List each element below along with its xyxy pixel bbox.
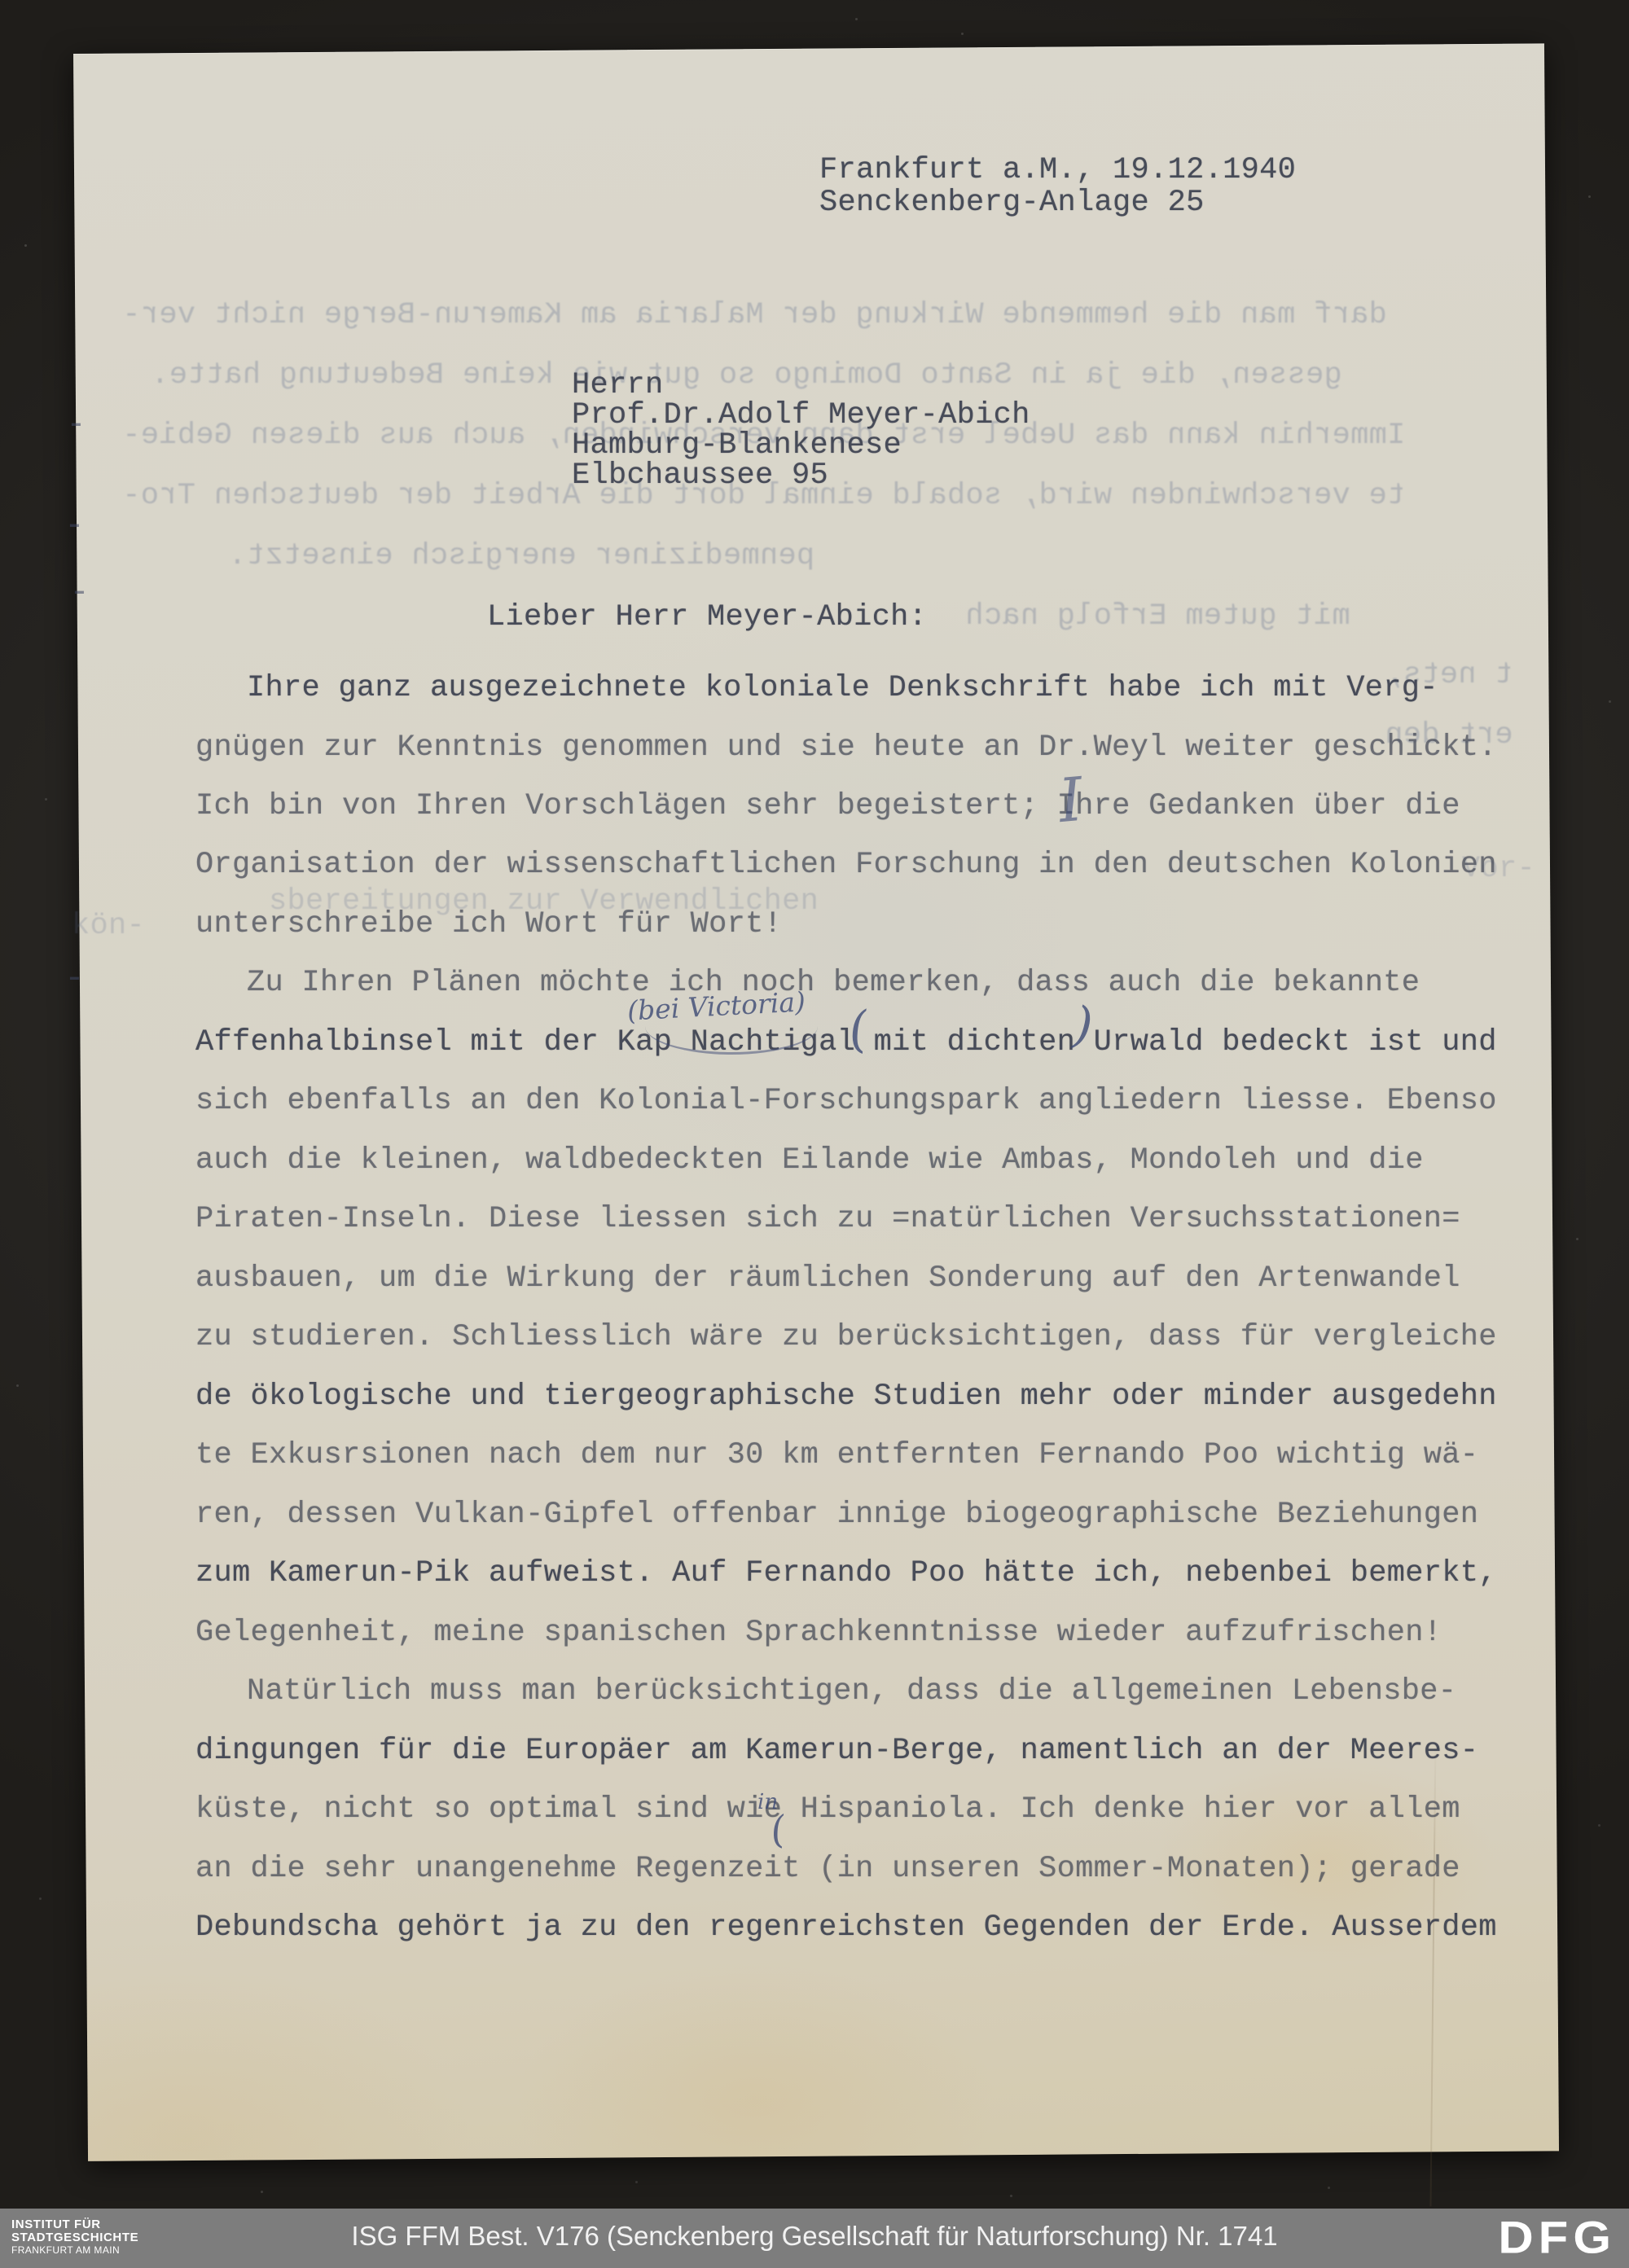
scan-background: darf man die hemmende Wirkung der Malari… <box>0 0 1629 2268</box>
bleedthrough-line: darf man die hemmende Wirkung der Malari… <box>122 298 1387 332</box>
typed-line: Zu Ihren Plänen möchte ich noch bemerken… <box>247 966 1420 1000</box>
recipient-line: Hamburg-Blankenese <box>572 428 902 463</box>
recipient-line: Prof.Dr.Adolf Meyer-Abich <box>572 398 1030 432</box>
typed-line: te Exkusrsionen nach dem nur 30 km entfe… <box>195 1438 1478 1472</box>
typed-line: auch die kleinen, waldbedeckten Eilande … <box>195 1143 1424 1178</box>
typed-line: Piraten-Inseln. Diese liessen sich zu =n… <box>195 1202 1460 1236</box>
typed-line: an die sehr unangenehme Regenzeit (in un… <box>195 1852 1460 1886</box>
typed-line: Ihre ganz ausgezeichnete koloniale Denks… <box>247 671 1438 705</box>
typed-line: unterschreibe ich Wort für Wort! <box>195 907 782 941</box>
typed-line: Ich bin von Ihren Vorschlägen sehr begei… <box>195 789 1460 823</box>
recipient-line: Herrn <box>572 368 664 402</box>
bleedthrough-line: kön- <box>72 909 145 943</box>
typed-line: Natürlich muss man berücksichtigen, dass… <box>247 1674 1456 1709</box>
typed-line: dingungen für die Europäer am Kamerun-Be… <box>195 1734 1478 1768</box>
typed-line: gnügen zur Kenntnis genommen und sie heu… <box>195 730 1497 765</box>
dfg-logo: DFG <box>1498 2212 1616 2263</box>
bleedthrough-line: - <box>73 573 86 608</box>
typed-line: ausbauen, um die Wirkung der räumlichen … <box>195 1261 1460 1296</box>
bleedthrough-line: mit gutem Erfolg nach <box>965 599 1350 634</box>
typed-line: Debundscha gehört ja zu den regenreichst… <box>195 1910 1497 1945</box>
dateline-place-date: Frankfurt a.M., 19.12.1940 <box>819 153 1296 187</box>
dateline-street: Senckenberg-Anlage 25 <box>819 186 1205 220</box>
typed-line: de ökologische und tiergeographische Stu… <box>195 1380 1497 1414</box>
bleedthrough-line: - <box>68 959 81 994</box>
bleedthrough-line: - <box>68 507 81 541</box>
typed-line: ren, dessen Vulkan-Gipfel offenbar innig… <box>195 1498 1478 1532</box>
typed-line: sich ebenfalls an den Kolonial-Forschung… <box>195 1084 1497 1118</box>
bleedthrough-line: - <box>70 406 82 440</box>
handwritten-paren-close: ) <box>1072 996 1095 1054</box>
background-dust <box>0 0 2 2</box>
bleedthrough-line: gessen, die ja in Santo Domingo so gut w… <box>151 358 1342 393</box>
typed-line: zum Kamerun-Pik aufweist. Auf Fernando P… <box>195 1556 1497 1590</box>
bleedthrough-line: penmediziner energisch einsetzt. <box>228 539 814 573</box>
archive-caption: ISG FFM Best. V176 (Senckenberg Gesellsc… <box>0 2221 1629 2252</box>
typed-line: Gelegenheit, meine spanischen Sprachkenn… <box>195 1616 1442 1650</box>
salutation: Lieber Herr Meyer-Abich: <box>487 600 927 634</box>
typed-line: zu studieren. Schliesslich wäre zu berüc… <box>195 1320 1497 1354</box>
typed-line: Affenhalbinsel mit der Kap Nachtigal mit… <box>195 1025 1497 1059</box>
typed-line: küste, nicht so optimal sind wie Hispani… <box>195 1792 1460 1827</box>
typed-line: Organisation der wissenschaftlichen Fors… <box>195 848 1497 882</box>
recipient-line: Elbchaussee 95 <box>572 458 828 493</box>
